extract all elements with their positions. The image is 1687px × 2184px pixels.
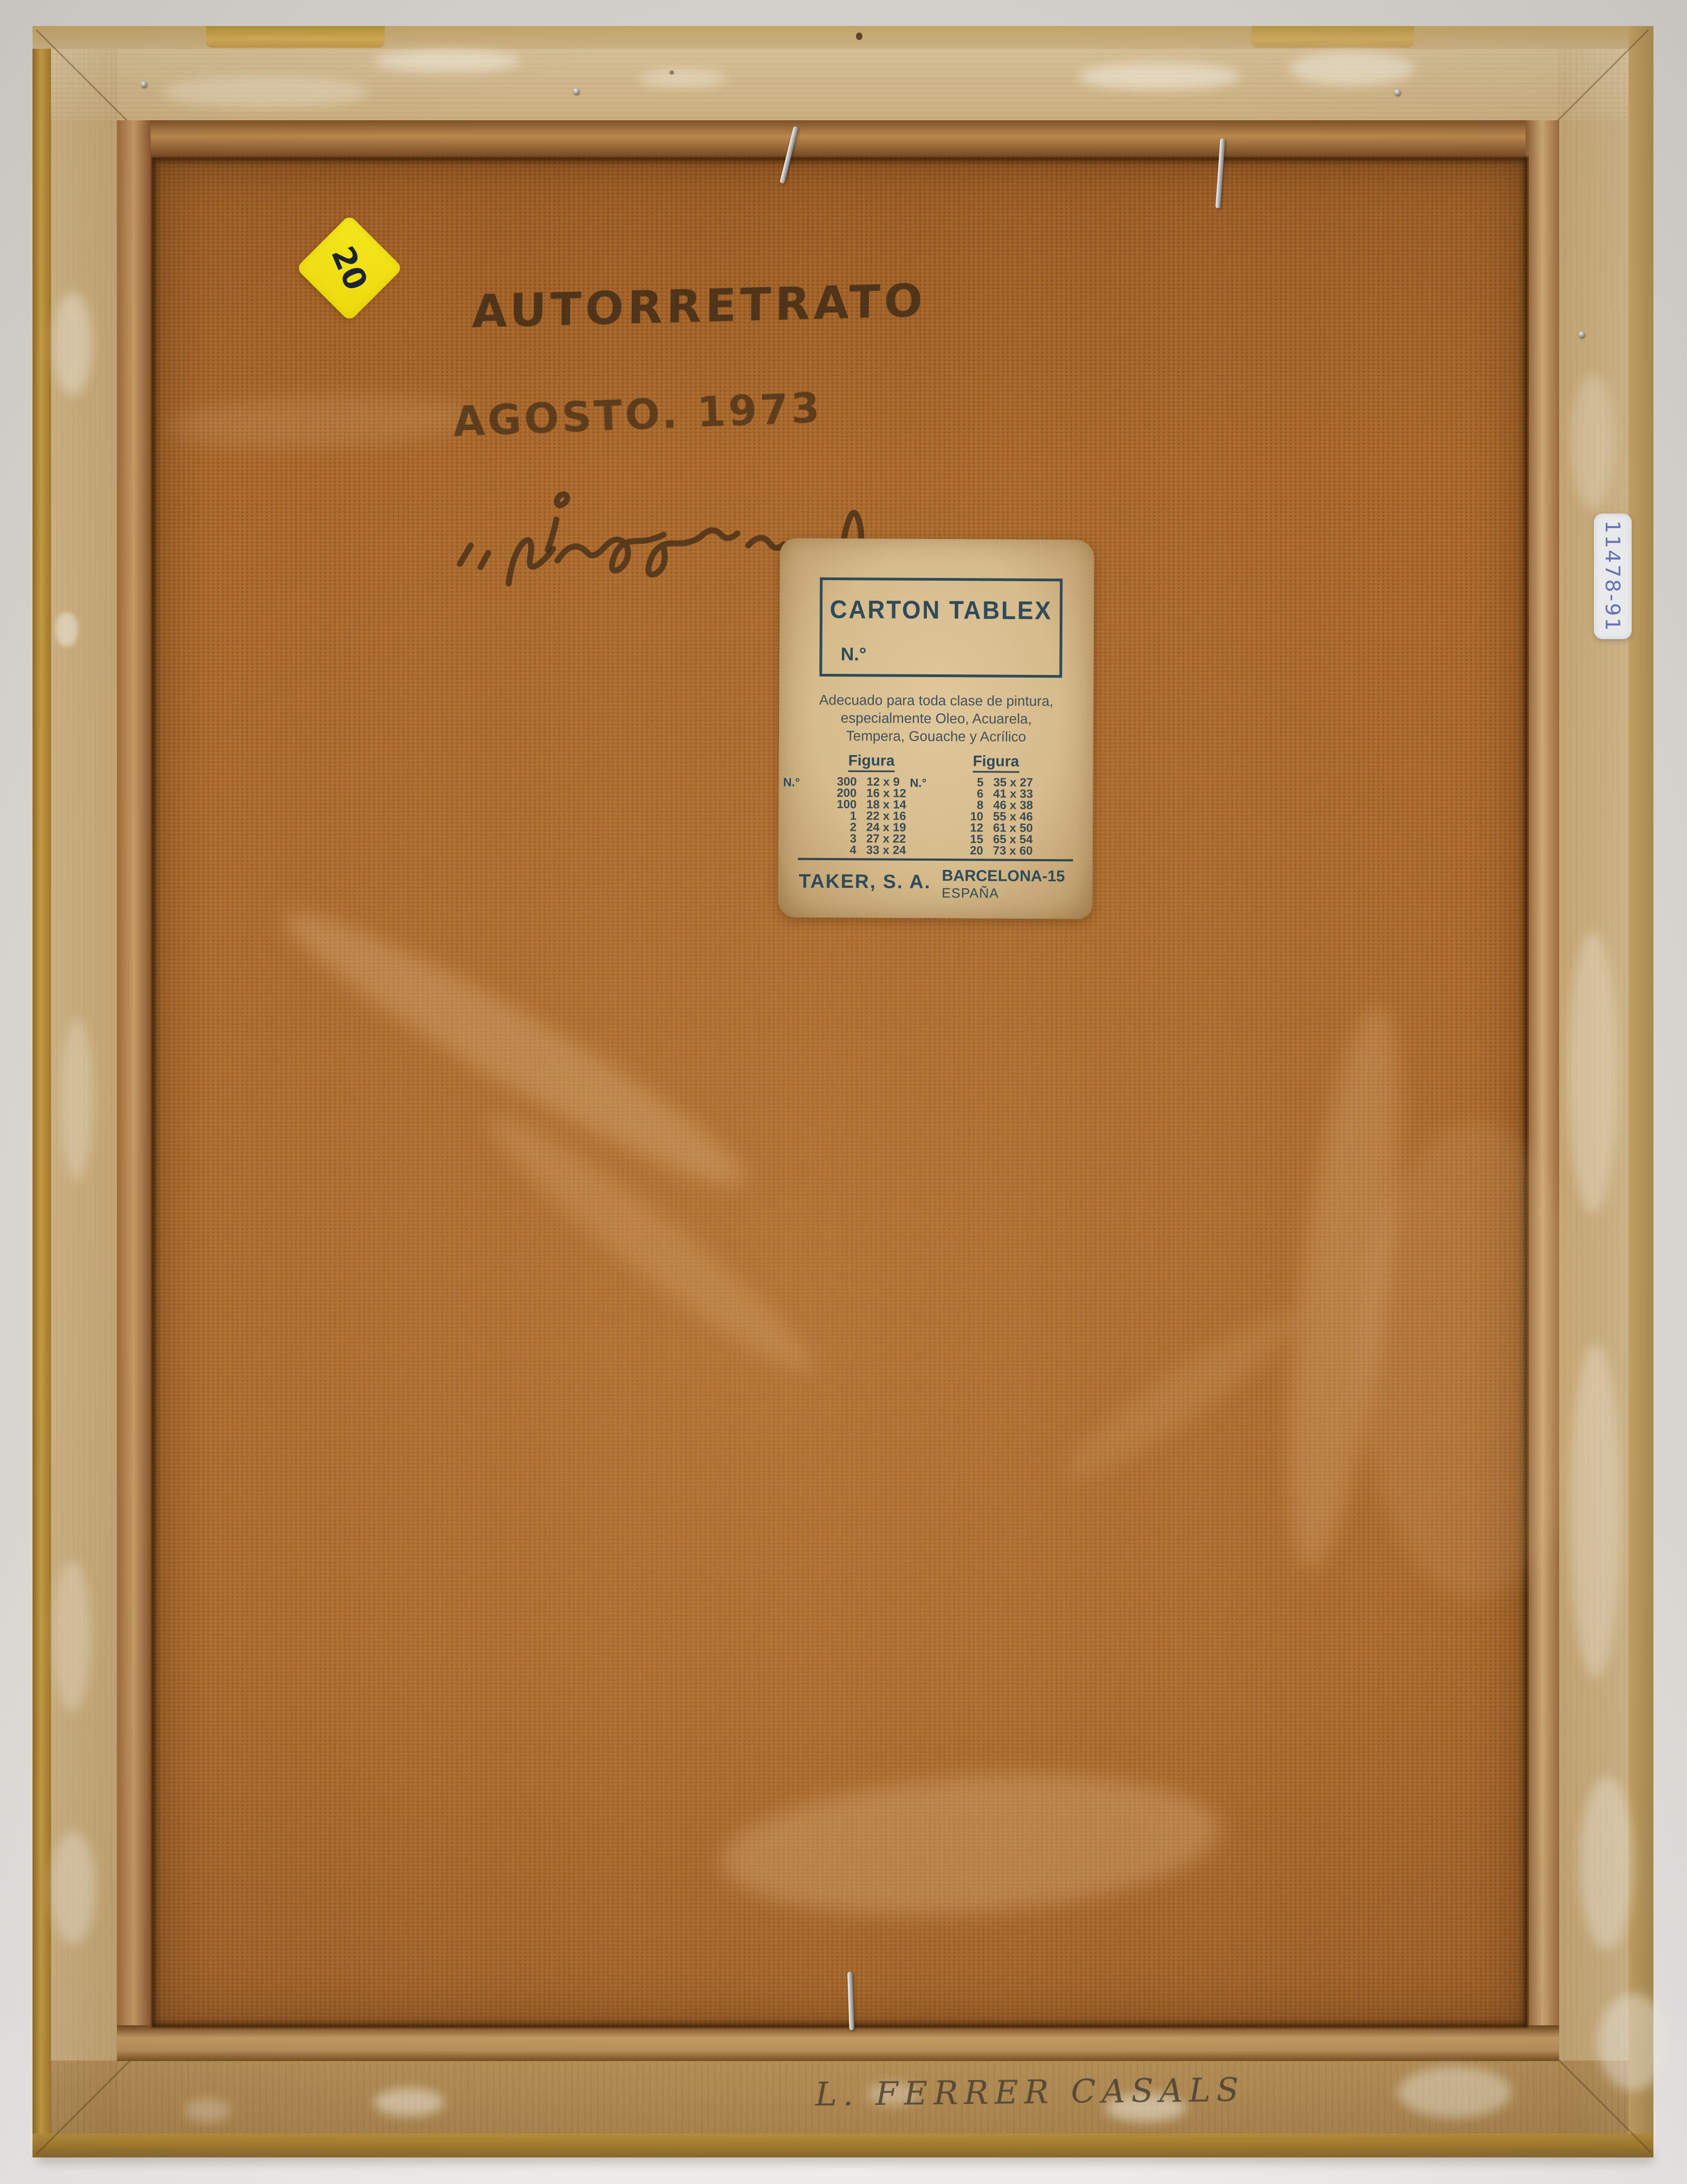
frame-hole bbox=[856, 32, 862, 40]
cast-shadow bbox=[38, 2154, 1652, 2162]
inner-lip-top bbox=[117, 120, 1559, 156]
frame-pencil-inscription: L. FERRER CASALS bbox=[815, 2071, 1245, 2114]
size-row: 327 x 22 bbox=[816, 833, 906, 844]
nail-head bbox=[1394, 89, 1400, 95]
row-prefix-right: N.° bbox=[910, 776, 926, 790]
lot-number: 20 bbox=[324, 241, 375, 296]
gold-paint-remnant bbox=[206, 26, 385, 48]
inventory-number: 11478-91 bbox=[1601, 521, 1625, 633]
label-title-box: CARTON TABLEX N.° bbox=[820, 577, 1063, 678]
nail-head bbox=[141, 81, 147, 87]
column-header-right: Figura bbox=[973, 752, 1020, 772]
size-row: 846 x 38 bbox=[943, 799, 1033, 811]
size-row: 122 x 16 bbox=[816, 810, 906, 822]
size-row: 433 x 24 bbox=[816, 844, 906, 856]
nail-head bbox=[1579, 331, 1585, 337]
size-table-right: 535 x 27641 x 33846 x 381055 x 461261 x … bbox=[943, 776, 1033, 856]
paint-smudge bbox=[1571, 374, 1614, 509]
inner-lip-left bbox=[117, 120, 151, 2061]
paint-smudge bbox=[61, 1018, 93, 1181]
paint-smudge bbox=[53, 292, 92, 395]
paint-smudge bbox=[1078, 62, 1241, 90]
paint-smudge bbox=[51, 1831, 95, 1945]
label-city: BARCELONA-15 bbox=[942, 867, 1065, 886]
size-row: 1055 x 46 bbox=[943, 810, 1033, 822]
label-description-line: especialmente Oleo, Acuarela, bbox=[779, 708, 1093, 728]
label-maker: TAKER, S. A. bbox=[799, 870, 931, 893]
manufacturer-label: CARTON TABLEX N.° Adecuado para toda cla… bbox=[778, 538, 1094, 919]
paint-smudge bbox=[1398, 2066, 1511, 2118]
paint-smudge bbox=[374, 2088, 444, 2116]
label-description-line: Tempera, Gouache y Acrílico bbox=[779, 726, 1093, 746]
paint-smudge bbox=[53, 1560, 91, 1712]
size-row: 535 x 27 bbox=[943, 776, 1033, 788]
gold-paint-remnant bbox=[1251, 26, 1414, 48]
hardboard-panel: AUTORRETRATO AGOSTO. 1973 bbox=[151, 156, 1529, 2029]
nail-head bbox=[573, 88, 579, 94]
size-row: 641 x 33 bbox=[943, 788, 1033, 799]
paint-chip bbox=[55, 612, 78, 647]
paint-smudge bbox=[184, 2099, 230, 2122]
paint-smudge bbox=[1289, 51, 1414, 86]
paint-smudge bbox=[1568, 932, 1618, 1213]
size-row: 1261 x 50 bbox=[943, 822, 1033, 834]
inner-lip-right bbox=[1526, 120, 1559, 2061]
row-prefix-left: N.° bbox=[783, 776, 800, 790]
paint-smudge bbox=[374, 50, 520, 73]
gilded-outer-edge-left bbox=[33, 26, 51, 2157]
frame-hole bbox=[670, 70, 674, 75]
paint-smudge bbox=[639, 69, 726, 88]
size-row: 20016 x 12 bbox=[816, 787, 906, 799]
paint-smudge bbox=[1598, 1993, 1669, 2091]
column-header-left: Figura bbox=[848, 752, 895, 772]
inventory-tag: 11478-91 bbox=[1594, 513, 1632, 639]
label-brand: CARTON TABLEX bbox=[829, 594, 1053, 625]
label-divider-rule bbox=[798, 858, 1073, 862]
label-country: ESPAÑA bbox=[942, 886, 999, 902]
photo-of-framed-painting-verso: { "photo": { "subject": "Back of a frame… bbox=[0, 0, 1687, 2184]
label-description-line: Adecuado para toda clase de pintura, bbox=[779, 691, 1093, 710]
label-description: Adecuado para toda clase de pintura, esp… bbox=[779, 691, 1094, 746]
paint-smudge bbox=[163, 76, 368, 108]
paint-smudge bbox=[1580, 1777, 1634, 1950]
inner-lip-bottom bbox=[117, 2025, 1559, 2061]
label-column-headers: Figura Figura bbox=[779, 751, 1093, 753]
size-row: 10018 x 14 bbox=[816, 798, 906, 810]
size-row: 2073 x 60 bbox=[943, 844, 1033, 856]
handwritten-title: AUTORRETRATO bbox=[472, 274, 927, 339]
size-table-left: 30012 x 920016 x 1210018 x 14122 x 16224… bbox=[816, 776, 906, 856]
label-number-field: N.° bbox=[841, 644, 867, 665]
size-row: 30012 x 9 bbox=[816, 776, 906, 788]
size-row: 224 x 19 bbox=[816, 821, 906, 833]
size-row: 1565 x 54 bbox=[943, 833, 1033, 845]
paint-smudge bbox=[1570, 1343, 1621, 1679]
scuff-streak bbox=[1360, 1122, 1588, 1598]
